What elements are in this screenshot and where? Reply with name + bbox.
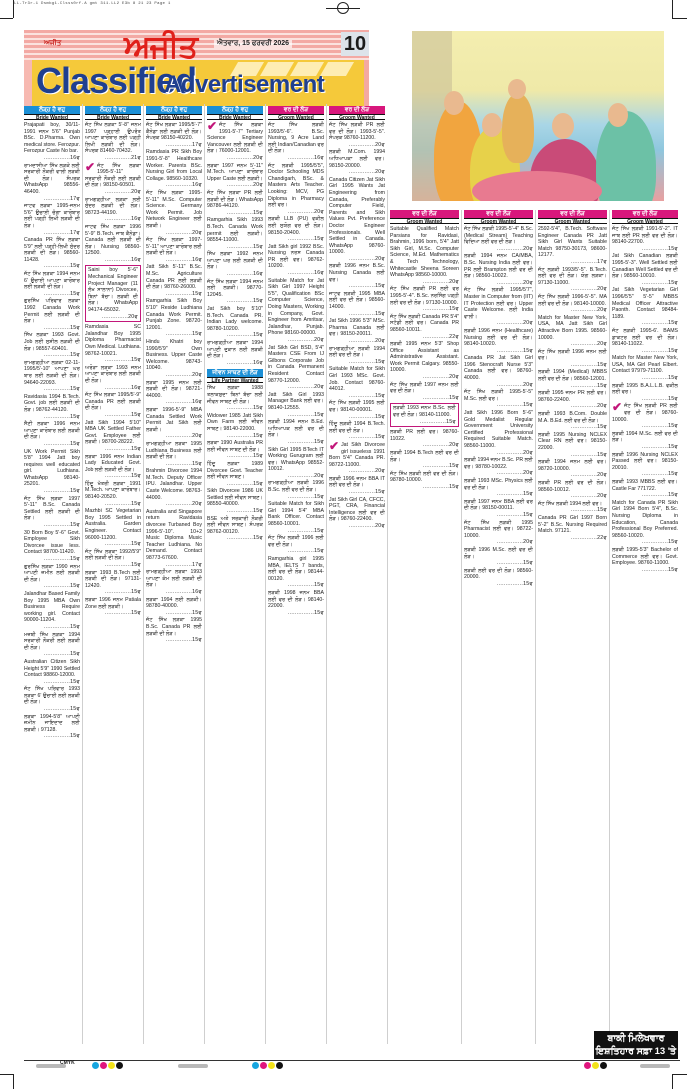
crop-mark xyxy=(672,1074,687,1075)
classified-ad: ਹਿੰਦੂ ਖੱਤਰੀ ਲੜਕਾ 1991 M.Tech. ਆਪਣਾ ਕਾਰੋਬ… xyxy=(85,481,141,507)
column-1-bride-wanted: ਲੋੜ੍ਹ ਹੈ ਵਹੁ Bride Wanted Prajapati boy,… xyxy=(24,106,80,1061)
classified-ad: ਲੜਕੀ 1997 ਜਨਮ BBA ਲਈ ਵਰ ਦੀ ਲੋੜ। 98150-00… xyxy=(464,499,533,519)
checkmark-icon: ✔ xyxy=(329,442,339,450)
classified-ad: 30 Born Boy 5'-6" Govt. Employee Sikh Di… xyxy=(24,530,80,563)
classified-ad: ਰਾਮਗੜ੍ਹੀਆ ਲੜਕਾ ਲਈ ਸੁੰਦਰ ਲੜਕੀ ਦੀ ਲੋੜ। 987… xyxy=(85,197,141,223)
classified-ad: ਲੜਕਾ 1995 ਜਨਮ ਲਈ ਲੜਕੀ ਦੀ ਲੋੜ। 98721-4400… xyxy=(146,380,202,406)
classified-ad: Ramgarhia Sikh Boy 5'10" Reside Ludhiana… xyxy=(146,298,202,338)
black-dot xyxy=(600,1062,607,1069)
classified-ad: ਜਾਟਵ ਲੜਕਾ 1995-ਜਨਮ 5'6" ਉਚਾਈ ਚੰਗਾ ਕਾਰੋਬਾ… xyxy=(24,203,80,236)
black-dot xyxy=(276,1062,283,1069)
section-header-english: Life Partner Wanted xyxy=(207,377,263,383)
classified-ad: ਜੱਟ ਸਿੱਖ ਲੜਕੀ 1994 ਲਈ ਵਰ।...............… xyxy=(538,501,607,514)
classified-ad: Jat Sikh Canadian ਲੜਕੀ 1995-5'-3". Well … xyxy=(612,253,678,286)
classified-ad: ਲੜਕੀ 1996 M.Sc. ਲਈ ਵਰ ਦੀ ਲੋੜ।...........… xyxy=(464,547,533,567)
classified-ad: ਲੜਕੀ 1993 B.Com. Double M.A. B.Ed. ਲਈ ਵਰ… xyxy=(538,411,607,431)
figure-head xyxy=(608,103,628,127)
magenta-dot xyxy=(584,1062,591,1069)
section-header-bride-wanted: ਲੋੜ੍ਹ ਹੈ ਵਹੁ Bride Wanted xyxy=(85,106,141,120)
classified-ad: Mazhbi SC Vegetarian Boy 1995 Settled in… xyxy=(85,508,141,548)
cmyk-dots xyxy=(252,1062,283,1069)
classified-ad: ਲੜਕਾ 1997 ਜਨਮ 5'-11" M.Tech. ਆਪਣਾ ਕਾਰੋਬਾ… xyxy=(207,163,263,189)
classified-ad: Match for Master New York, USA, MA Girl … xyxy=(612,355,678,381)
section-header-punjabi: ਵਰ ਦੀ ਲੋੜ xyxy=(538,210,607,218)
figure-child xyxy=(502,93,534,163)
section-header-groom-wanted: ਵਰ ਦੀ ਲੋੜ Groom Wanted xyxy=(612,210,678,224)
section-header-punjabi: ਵਰ ਦੀ ਲੋੜ xyxy=(390,210,459,218)
classified-ad: ਲੜਕੀ 1994 (Medical) MBBS ਲਈ ਵਰ ਦੀ ਲੋੜ। 9… xyxy=(538,369,607,389)
footer-rule xyxy=(24,1060,680,1061)
section-header-groom-wanted: ਵਰ ਦੀ ਲੋੜ Groom Wanted xyxy=(464,210,533,224)
classified-ad: ਜੱਟ ਸਿੱਖ ਲੜਕਾ PR ਲਈ ਲੜਕੀ ਦੀ ਲੋੜ। WhatsAp… xyxy=(207,190,263,216)
classified-ad: ਲੜਕੀ ਲਈ ਵਰ ਦੀ ਲੋੜ। 98560-20000..........… xyxy=(464,568,533,588)
section-header-punjabi: ਵਰ ਦੀ ਲੋੜ xyxy=(329,106,385,114)
classified-ad: ਲੜਕੀ 1994 B.Tech ਲਈ ਵਰ ਦੀ ਲੋੜ।..........… xyxy=(390,450,459,470)
section-header-punjabi: ਵਰ ਦੀ ਲੋੜ xyxy=(268,106,324,114)
cmyk-dots xyxy=(584,1062,607,1069)
classified-ad: Ramgarhia Sikh 1993 B.Tech. Canada Work … xyxy=(207,217,263,250)
section-header-punjabi: ਲੋੜ੍ਹ ਹੈ ਵਹੁ xyxy=(85,106,141,114)
section-header-punjabi: ਲੋੜ੍ਹ ਹੈ ਵਹੁ xyxy=(24,106,80,114)
classified-ad: BSE ਅਤੇ ਸਰਕਾਰੀ ਨੌਕਰੀ ਲਈ ਜੀਵਨ ਸਾਥਣ। ਸੰਪਰਕ… xyxy=(207,516,263,542)
yellow-dot xyxy=(108,1062,115,1069)
magenta-dot xyxy=(100,1062,107,1069)
cyan-dot xyxy=(92,1062,99,1069)
black-dot xyxy=(116,1062,123,1069)
classified-ad: Jatt Sikh 5'-11" B.Sc. M.Sc. Agriculture… xyxy=(146,264,202,297)
classified-ad: ਜਾਟਵ ਸਿੱਖ ਲੜਕਾ 1996 5'-9" B.Tech. ਜਾਬ ਕੈ… xyxy=(85,224,141,264)
classified-ad: Sikh Divorcee 1986 UK Settled ਲਈ ਜੀਵਨ ਸਾ… xyxy=(207,488,263,514)
classified-ad: ਜੱਟ ਸਿੱਖ ਲੜਕੀ 1995 ਲਈ ਵਰ। 98140-00001...… xyxy=(329,400,385,420)
section-header-english: Groom Wanted xyxy=(329,114,385,120)
gray-bar-mark xyxy=(178,1064,208,1068)
classified-ad: ਲੜਕੀ 1995 ਜਨਮ PR ਲਈ ਵਰ। 98760-22400.....… xyxy=(538,390,607,410)
column-divider xyxy=(609,210,610,1044)
crop-mark xyxy=(0,18,13,19)
classified-ad: ਸਿੱਖ ਲੜਕਾ 1988 ਤਲਾਕਸ਼ੁਦਾ ਬਿਨਾਂ ਬੱਚਾ ਲਈ ਜ… xyxy=(207,385,263,411)
classified-ad: Jalandhar Based Family Boy 1995 MBA Own … xyxy=(24,591,80,631)
classified-ad: ਗੁਰਸਿੱਖ ਪਰਿਵਾਰ ਲੜਕਾ 1992 Canada Work Per… xyxy=(24,298,80,331)
section-header-bride-wanted: ਲੋੜ੍ਹ ਹੈ ਵਹੁ Bride Wanted xyxy=(24,106,80,120)
crop-mark xyxy=(13,0,14,18)
classified-ad: Jat Sikh 1996 5'3" MSc. Pharma Canada ਲਈ… xyxy=(329,318,385,344)
section-header-english: Groom Wanted xyxy=(268,114,324,120)
classified-ad: ਜੱਟ ਸਿੱਖ ਲੜਕਾ 1992/5'9" ਲਈ ਲੜਕੀ ਦੀ ਲੋੜ।.… xyxy=(85,549,141,569)
classified-ad: Jat Sikh Girl BSD, 5'4" Masters CSE From… xyxy=(268,345,324,391)
classified-ad: ਰਾਮਗੜ੍ਹੀਆ ਲੜਕੀ 1996 B.Sc. ਲਈ ਵਰ ਦੀ ਲੋੜ।.… xyxy=(268,480,324,500)
classified-ad: ਜੱਟ ਸਿੱਖ ਲੜਕਾ 1994 ਜਨਮ 6' ਉਚਾਈ ਆਪਣਾ ਕਾਰੋ… xyxy=(24,271,80,297)
classified-ad: Canada Citizen Jat Sikh Girl 1995 Wants … xyxy=(329,177,385,263)
header-side-bar xyxy=(364,60,369,106)
classified-ad: ਜੱਟ ਸਿੱਖ ਲੜਕੀ 1996 ਜਨਮ ਲਈ ਵਰ।...........… xyxy=(538,349,607,369)
classified-ad: ਲੜਕੀ PR ਲਈ ਵਰ। 98760-11022..............… xyxy=(390,429,459,449)
classified-ad: ਲੜਕੀ 1993 MSc. Physics ਲਈ ਵਰ ਦੀ ਲੋੜ।....… xyxy=(464,478,533,498)
classified-ad: Jatt Sikh 1994 5'10" MBA UK Settled Fath… xyxy=(85,420,141,453)
classified-ad: ਮਜ਼ਬੀ ਸਿੱਖ ਲੜਕਾ 1994 ਸਰਕਾਰੀ ਨੌਕਰੀ ਲਈ ਲੜਕ… xyxy=(24,632,80,658)
classified-ad-boxed: Saini boy 5'-6" Mechanical Engineer Proj… xyxy=(85,265,141,322)
classified-ad: ਲੜਕੀ 1998 ਜਨਮ BBA ਲਈ ਵਰ ਦੀ ਲੋੜ। 98140-22… xyxy=(268,590,324,616)
classified-ad: ਲੜਕੀ 1996 Nursing NCLEX Passed ਲਈ ਵਰ। 98… xyxy=(612,452,678,478)
section-header-groom-wanted: ਵਰ ਦੀ ਲੋੜ Groom Wanted xyxy=(268,106,324,120)
classified-ad: ਜੱਟ ਲੜਕੀ 1993/5'-5". B.Tech. ਲਈ ਵਰ ਦੀ ਲੋ… xyxy=(538,267,607,293)
classified-ad: ਲੜਕੀ 1995 Nursing NCLEX Clear RN ਲਈ ਵਰ। … xyxy=(538,432,607,458)
classified-ad: ਲੜਕੀ 1994 M.Sc. ਲਈ ਵਰ ਦੀ ਲੋੜ।...........… xyxy=(612,431,678,451)
column-divider xyxy=(461,210,462,1044)
section-header-punjabi: ਲੋੜ੍ਹ ਹੈ ਵਹੁ xyxy=(146,106,202,114)
column-divider xyxy=(326,104,327,1044)
classified-ad: ਜੱਟ ਸਿੱਖ ਲੜਕਾ 1995/5'-9" Canada PR ਲਈ ਲੜ… xyxy=(85,392,141,418)
classified-ad: Ravidasia 1994 B.Tech. Govt. job ਲਈ ਲੜਕੀ… xyxy=(24,394,80,420)
classified-ad: ਲੜਕਾ 1996 ਜਨਮ Patiala Zone ਲਈ ਲੜਕੀ।.....… xyxy=(85,597,141,617)
section-header-punjabi: ਵਰ ਦੀ ਲੋੜ xyxy=(612,210,678,218)
classified-ad: Suitable Match for Jat Sikh Girl 1997 He… xyxy=(268,278,324,344)
classified-ad: ਜੱਟ ਸਿੱਖ ਲੜਕੀ 1996-5'-5". MA ਲਈ ਵਰ ਦੀ ਲੋ… xyxy=(538,294,607,314)
column-divider xyxy=(265,104,266,1044)
classified-ad: ਹਿੰਦੂ ਲੜਕਾ 1989 Divorcee Govt. Teacher ਲ… xyxy=(207,461,263,487)
classified-ad: ਜੱਟ ਸਿੱਖ ਲੜਕੀ 1991-5'-2". IT ਜਾਬ ਲਈ PR ਲ… xyxy=(612,226,678,252)
classified-ad: UK Work Permit Sikh 5'8" 1994 Jatt boy r… xyxy=(24,449,80,495)
classified-ad: Suitable Match for Sikh Girl 1993 MSc. G… xyxy=(329,366,385,399)
classified-ad: ਜੱਟ ਲੜਕੀ 1995/5'5", Doctor Schooling MDS… xyxy=(268,163,324,216)
section-header-punjabi: ਜੀਵਨ ਸਾਥਣ ਦੀ ਲੋੜ xyxy=(207,369,263,377)
classified-ad: ਜੱਟ ਸਿੱਖ ਲੜਕੀ 1996 ਲਈ ਵਰ ਦੀ ਲੋੜ।........… xyxy=(268,535,324,555)
classified-ad-boxed: ਲੜਕੀ 1993 ਜਨਮ B.Sc. ਲਈ ਵਰ ਦੀ ਲੋੜ। 98140-… xyxy=(390,403,459,427)
classified-ad: ਸੈਣੀ ਲੜਕਾ 1996 ਜਨਮ ਆਪਣਾ ਕਾਰੋਬਾਰ ਲਈ ਲੜਕੀ … xyxy=(24,421,80,447)
classified-ad: ਜੱਟ ਸਿੱਖ ਲੜਕਾ 1997-5'-11" ਆਪਣਾ ਕਾਰੋਬਾਰ ਲ… xyxy=(146,237,202,263)
classified-ad: ਰਾਮਗੜ੍ਹੀਆ ਲੜਕਾ 1995 Ludhiana Business ਲਈ… xyxy=(146,441,202,467)
classified-ad: ਲੜਕਾ 1994 ਲਈ ਲੜਕੀ। 98780-40000..........… xyxy=(146,597,202,617)
column-divider xyxy=(143,104,144,1044)
classified-ad: ਜੱਟ ਸਿੱਖ ਲੜਕਾ 1995-5'-11" M.Sc. Computer… xyxy=(146,190,202,236)
section-header-punjabi: ਵਰ ਦੀ ਲੋੜ xyxy=(464,210,533,218)
classified-ad: ਲੜਕਾ 1996-5'-9" MBA Canada Settled Work … xyxy=(146,407,202,440)
column-10-groom-wanted: ਵਰ ਦੀ ਲੋੜ Groom Wanted ਜੱਟ ਸਿੱਖ ਲੜਕੀ 199… xyxy=(612,210,678,1028)
classified-ad: ਜੱਟ ਸਿੱਖ ਲੜਕਾ 1995 B.Sc. Canada PR ਲਈ ਲੜ… xyxy=(146,617,202,643)
classified-ad: ਰਾਮਗੜ੍ਹੀਆ ਲੜਕਾ 1994 ਆਪਣੀ ਦੁਕਾਨ ਲਈ ਲੜਕੀ ਦ… xyxy=(207,340,263,366)
cmyk-dots xyxy=(92,1062,123,1069)
classified-ad: ਸਿੱਖ ਲੜਕਾ 1993 Govt. Job ਲਈ ਸੁਸ਼ੀਲ ਲੜਕੀ … xyxy=(24,332,80,358)
classified-ad: ਲੜਕੀ 1995 ਜਨਮ 5'3" Shop Office Assistant… xyxy=(390,341,459,381)
section-header-life-partner-wanted: ਜੀਵਨ ਸਾਥਣ ਦੀ ਲੋੜ Life Partner Wanted xyxy=(207,369,263,383)
figure-head xyxy=(444,91,464,115)
column-7-groom-wanted: ਵਰ ਦੀ ਲੋੜ Groom Wanted Suitable Qualifie… xyxy=(390,210,459,1060)
section-header-english: Groom Wanted xyxy=(538,218,607,224)
section-header-english: Bride Wanted xyxy=(85,114,141,120)
classified-ad: ✔Jat Sikh Divorcee girl issueless 1991 B… xyxy=(329,442,385,475)
cmyk-label: CMYK xyxy=(60,1060,75,1066)
classified-ad: ਲੜਕਾ 1996 ਜਨਮ Indian Lady Educated Govt.… xyxy=(85,454,141,480)
classified-ad: ਸਿੱਖ ਲੜਕਾ 1992 ਜਨਮ ਆਪਣਾ ਘਰ ਲਈ ਲੜਕੀ ਦੀ ਲੋ… xyxy=(207,251,263,277)
classified-ad: ਲੜਕਾ 1994-5'8" ਆਪਣੀ ਜ਼ਮੀਨ ਜਾਇਦਾਦ ਲਈ ਲੜਕੀ… xyxy=(24,714,80,740)
section-header-bride-wanted: ਲੋੜ੍ਹ ਹੈ ਵਹੁ Bride Wanted xyxy=(207,106,263,120)
classified-ad: ਲੜਕੀ M.Com. 1994 ਅਧਿਆਪਕਾ ਲਈ ਵਰ। 98150-20… xyxy=(329,149,385,175)
classified-ad: ਜੱਟ ਸਿੱਖ ਲੜਕਾ 1997 5'-11" B.Sc. Canada S… xyxy=(24,496,80,529)
checkmark-icon: ✔ xyxy=(612,403,622,411)
column-8-groom-wanted: ਵਰ ਦੀ ਲੋੜ Groom Wanted ਜੱਟ ਸਿੱਖ ਲੜਕੀ 199… xyxy=(464,210,533,1060)
classified-ad: ਲੜਕਾ 1990 Australia PR ਲਈ ਜੀਵਨ ਸਾਥਣ ਦੀ ਲ… xyxy=(207,440,263,460)
classified-ad: ਜੱਟ ਸਿੱਖ ਲੜਕੀ ਲਈ ਵਰ ਦੀ ਲੋੜ। 98780-10000.… xyxy=(390,471,459,491)
classified-ad: Suitable Qualified Match Parsians for Ra… xyxy=(390,226,459,285)
classified-ad: ਲੜਕੀ 1994 ਜਨਮ B.Ed. ਅਧਿਆਪਕ ਲਈ ਵਰ ਦੀ ਲੋੜ।… xyxy=(268,419,324,445)
classified-ad: ✔ਜੱਟ ਸਿੱਖ ਲੜਕੀ PR ਲਈ ਵਰ ਦੀ ਲੋੜ। 98760-10… xyxy=(612,403,678,429)
classified-ad: Canada PR Jat Sikh Girl 1996 Stenocraft … xyxy=(464,355,533,388)
classified-ad: ਲੜਕੀ 1994 ਜਨਮ B.Sc. PR ਲਈ ਵਰ। 98780-1002… xyxy=(464,457,533,477)
classified-ad: ਜੱਟ ਸਿੱਖ ਲੜਕੀ 1995-5'-5" M.Sc. ਲਈ ਵਰ।...… xyxy=(464,389,533,409)
classified-ad: Prajapati boy, 30/11-1991 ਜਨਮ 5'6" Punja… xyxy=(24,122,80,162)
classified-ad: Jatt Sikh Girl 1993 Manager Bank ਲਈ ਵਰ। … xyxy=(268,392,324,418)
figure-head xyxy=(508,79,526,99)
column-5-groom-wanted: ਵਰ ਦੀ ਲੋੜ Groom Wanted ਜੱਟ ਸਿੱਖ ਲੜਕੀ 199… xyxy=(268,106,324,1061)
classified-ad: ਲੜਕੀ PR ਲਈ ਵਰ ਦੀ ਲੋੜ। 98560-10012.......… xyxy=(538,480,607,500)
classified-ad: Match for Master New York, USA, MA Jatt … xyxy=(538,315,607,348)
classified-ad: ਰਾਮਗੜ੍ਹੀਆ ਲੜਕਾ 1993 ਆਪਣਾ ਕੰਮ ਲਈ ਲੜਕੀ ਦੀ … xyxy=(146,569,202,595)
column-divider xyxy=(82,104,83,1044)
crop-mark xyxy=(672,0,673,18)
figure-head xyxy=(482,113,502,137)
classified-ad: ਜੱਟ ਸਿੱਖ ਲੜਕੀ 1993/5'-6". B.Sc. Nursing,… xyxy=(268,122,324,162)
classified-ad: Ramdasia SC Jalandhar Boy 1995 Diploma P… xyxy=(85,324,141,364)
classified-ad: ਲੜਕੀ 1994 ਜਨਮ CA/MBA, B.Sc. Nursing Indi… xyxy=(464,253,533,286)
classified-ad: Jatt Sikh girl 1992 BSc. Nursing ਨਰਸ Can… xyxy=(268,244,324,277)
classified-ad: ਜੱਟ ਸਿੱਖ ਲੜਕੀ 1995 Pharmacist ਲਈ ਵਰ। 987… xyxy=(464,520,533,546)
continued-on-page-13-box: ਬਾਕੀ ਮਿਲੇਖਵਾਰ ਇਸ਼ਤਿਹਾਰ ਸਫ਼ਾ 13 'ਤੇ xyxy=(594,1031,678,1059)
classified-ad: ਜੱਟ ਸਿੱਖ ਲੜਕਾ 1995/5'-7" ਕੈਨੇਡਾ ਲਈ ਲੜਕੀ … xyxy=(146,122,202,148)
promo-line-2: ਇਸ਼ਤਿਹਾਰ ਸਫ਼ਾ 13 'ਤੇ xyxy=(594,1045,678,1058)
classified-ad: ਲੜਕੀ 1993 MBBS ਲਈ ਵਰ। Castle Far 771722.… xyxy=(612,479,678,499)
page-number: 10 xyxy=(341,32,369,56)
paper-name-small: ਅਜੀਤ xyxy=(44,40,61,48)
page-header-banner: ਅਜੀਤ ਅਜੀਤ ਐਤਵਾਰ, 15 ਫਰਵਰੀ 2026 10 Classi… xyxy=(24,30,369,106)
printer-slug-line: LL-Tr3r-1 Dsmbg1-Clsss0rf.A gmt 311.LL2 … xyxy=(14,2,171,6)
classified-ad: ਲੜਕੀ 1996 ਜਨਮ B.Sc. Nursing Canada ਲਈ ਵਰ… xyxy=(329,263,385,289)
classified-ad: ਅਰੋੜਾ ਲੜਕਾ 1993 ਜਨਮ ਆਪਣਾ ਕਾਰੋਬਾਰ ਲਈ ਲੜਕੀ… xyxy=(85,365,141,391)
registration-mark-icon xyxy=(337,2,349,14)
column-divider xyxy=(204,104,205,1044)
classified-ad: Ramdasia PR Sikh Boy 1991-5'-8" Healthca… xyxy=(146,149,202,189)
section-header-bride-wanted: ਲੋੜ੍ਹ ਹੈ ਵਹੁ Bride Wanted xyxy=(146,106,202,120)
classified-ad: Australian Citizen Sikh Height 5'9" 1990… xyxy=(24,659,80,685)
classified-ad: Australia and Singapore return Ravidasia… xyxy=(146,509,202,568)
classified-ad: ਲੜਕੀ 1995-5'3" Bachelor of Commerce ਲਈ ਵ… xyxy=(612,547,678,573)
yellow-dot xyxy=(268,1062,275,1069)
classified-ad: ਲੜਕੀ 1994 ਜਨਮ ਲਈ ਵਰ। 98720-10000........… xyxy=(538,459,607,479)
figure-woman-green xyxy=(596,111,656,201)
section-header-english: Bride Wanted xyxy=(146,114,202,120)
classified-ad: ਜੱਟ ਸਿੱਖ ਲੜਕਾ 5'-8" ਜਨਮ 1997 ਪੜ੍ਹਾਈ ਉਪਰੰ… xyxy=(85,122,141,162)
classified-ad: Canada PR Girl 1997 Born 5'-2" B.Sc. Nur… xyxy=(538,515,607,541)
classified-ad: ਜੱਟ ਸਿੱਖ ਲੜਕਾ 1994 ਜਨਮ ਲਈ ਲੜਕੀ। 98770-12… xyxy=(207,279,263,305)
section-header-english: Groom Wanted xyxy=(390,218,459,224)
classified-ad: ✔ਜੱਟ ਸਿੱਖ ਲੜਕਾ 1991-5'-7" Tertiary Scien… xyxy=(207,122,263,162)
classified-ad: Jatt Sikh 1996 Born 5'-6" Gold Medalist … xyxy=(464,410,533,456)
classified-ad: ਜਾਟਵ ਲੜਕੀ 1995 MBA ਲਈ ਵਰ ਦੀ ਲੋੜ। 98560-1… xyxy=(329,291,385,317)
classified-ad: ਜੱਟ ਸਿੱਖ ਲੜਕੀ 1995/5'7", Master in Compu… xyxy=(464,287,533,327)
classified-ad: ਜੱਟ ਸਿੱਖ ਲੜਕੀ Canada PR 5'4" ਸਟੱਡੀ ਲਈ ਵਰ… xyxy=(390,314,459,340)
classified-ad: ਲੜਕੀ LLB (PU) ਵਕੀਲ ਲਈ ਸੁਯੋਗ ਵਰ ਦੀ ਲੋੜ। 9… xyxy=(268,216,324,242)
classified-ad: ਲੜਕੀ 1996 ਜਨਮ (Healthcare) Nursing ਲਈ ਵਰ… xyxy=(464,328,533,354)
classified-ad: Jat Sikh boy 5'10" B.Tech. Canada PR. In… xyxy=(207,306,263,339)
classified-ad: ਜੱਟ ਲੜਕੀ 1995-6'. BAMS ਡਾਕਟਰ ਲਈ ਵਰ ਦੀ ਲੋ… xyxy=(612,328,678,354)
crop-mark xyxy=(672,1074,673,1089)
dateline: ਐਤਵਾਰ, 15 ਫਰਵਰੀ 2026 xyxy=(214,40,292,48)
classified-ad: ਜੱਟ ਸਿੱਖ ਲੜਕੀ PR ਲਈ ਵਰ ਦੀ ਲੋੜ। 1993-5'-5… xyxy=(329,122,385,148)
crop-mark xyxy=(0,1074,13,1075)
magenta-dot xyxy=(260,1062,267,1069)
cyan-dot xyxy=(252,1062,259,1069)
classified-ad: Sikh Girl 1995 BTech IT Working Gurugram… xyxy=(268,447,324,480)
column-2-bride-wanted: ਲੋੜ੍ਹ ਹੈ ਵਹੁ Bride Wanted ਜੱਟ ਸਿੱਖ ਲੜਕਾ … xyxy=(85,106,141,1061)
section-header-punjabi: ਲੋੜ੍ਹ ਹੈ ਵਹੁ xyxy=(207,106,263,114)
column-9-groom-wanted: ਵਰ ਦੀ ਲੋੜ Groom Wanted 2592-5'4", B.Tech… xyxy=(538,210,607,1060)
checkmark-icon: ✔ xyxy=(207,122,217,130)
classified-ad: ✔ਜੱਟ ਸਿੱਖ ਲੜਕਾ 1995-5'-11" ਸਰਕਾਰੀ ਨੌਕਰੀ … xyxy=(85,163,141,196)
section-header-english: Groom Wanted xyxy=(464,218,533,224)
section-header-groom-wanted: ਵਰ ਦੀ ਲੋੜ Groom Wanted xyxy=(538,210,607,224)
crop-mark xyxy=(672,18,687,19)
classified-ad: Widower 1985 Jatt Sikh Own Farm ਲਈ ਜੀਵਨ … xyxy=(207,413,263,439)
illustration-women-gathering xyxy=(412,31,664,201)
section-header-english: Bride Wanted xyxy=(24,114,80,120)
classified-ad: Suitable Match for Sikh Girl 1994 5'4" M… xyxy=(268,501,324,534)
classified-ad: ਰਾਮਗੜ੍ਹੀਆ ਲੜਕੀ 1994 ਲਈ ਵਰ ਦੀ ਲੋੜ।.......… xyxy=(329,346,385,366)
classified-ad: ਰਾਮਗੜ੍ਹੀਆ ਲੜਕਾ 02-11-1995/5'-10" ਆਪਣਾ ਘਰ… xyxy=(24,360,80,393)
classified-ad: Hindu Khatri boy 1990/5'9" Own Business.… xyxy=(146,339,202,379)
classified-ad: ਹਿੰਦੂ ਲੜਕੀ 1994 B.Tech. ਲਈ ਵਰ ਦੀ ਲੋੜ।...… xyxy=(329,421,385,441)
classified-ad: ਜੱਟ ਸਿੱਖ ਪਰਿਵਾਰ 1993 ਲੜਕਾ 6' ਉਚਾਈ ਲਈ ਲੜਕ… xyxy=(24,686,80,712)
figure-head xyxy=(552,113,574,139)
column-3-bride-wanted: ਲੋੜ੍ਹ ਹੈ ਵਹੁ Bride Wanted ਜੱਟ ਸਿੱਖ ਲੜਕਾ … xyxy=(146,106,202,1061)
checkmark-icon: ✔ xyxy=(85,163,95,171)
column-divider xyxy=(387,190,388,1044)
classified-ad: ਜੱਟ ਸਿੱਖ ਲੜਕੀ 1995-5'-4" B.Sc. (Medical … xyxy=(464,226,533,252)
classified-ad: Jat Sikh Vegetarian Girl 1996/5'5" 5'-5"… xyxy=(612,287,678,327)
section-header-english: Groom Wanted xyxy=(612,218,678,224)
section-header-groom-wanted: ਵਰ ਦੀ ਲੋੜ Groom Wanted xyxy=(390,210,459,224)
classified-ad: ਗੁਰਸਿੱਖ ਲੜਕਾ 1990 ਜਨਮ ਆਪਣੀ ਜ਼ਮੀਨ ਲਈ ਲੜਕੀ… xyxy=(24,564,80,590)
section-header-groom-wanted: ਵਰ ਦੀ ਲੋੜ Groom Wanted xyxy=(329,106,385,120)
classified-ad: ਰਾਮਦਾਸੀਆ ਸਿੱਖ ਲੜਕੇ ਲਈ ਸਰਕਾਰੀ ਨੌਕਰੀ ਵਾਲੀ … xyxy=(24,163,80,203)
column-4-bride-wanted: ਲੋੜ੍ਹ ਹੈ ਵਹੁ Bride Wanted ✔ਜੱਟ ਸਿੱਖ ਲੜਕਾ… xyxy=(207,106,263,1061)
crop-mark xyxy=(13,1074,14,1089)
classified-ad: ਜੱਟ ਸਿੱਖ ਲੜਕੀ 1997 ਜਨਮ ਲਈ ਵਰ ਦੀ ਲੋੜ।....… xyxy=(390,382,459,402)
yellow-dot xyxy=(592,1062,599,1069)
classified-ad: Canada PR ਸਿੱਖ ਲੜਕਾ 5'9" ਲਈ ਪੜ੍ਹੀ-ਲਿਖੀ ਸ… xyxy=(24,237,80,270)
classified-ad: Ramgarhia girl 1995 MBA, IELTS 7 bands, … xyxy=(268,556,324,589)
column-divider xyxy=(535,210,536,1044)
classified-ad: ਲੜਕਾ 1993 B.Tech ਲਈ ਲੜਕੀ ਦੀ ਲੋੜ। 97131-1… xyxy=(85,570,141,596)
title-advertisement: Advertisement xyxy=(164,70,324,100)
column-6-groom-wanted: ਵਰ ਦੀ ਲੋੜ Groom Wanted ਜੱਟ ਸਿੱਖ ਲੜਕੀ PR … xyxy=(329,106,385,1061)
classified-ad: ਲੜਕੀ 1996 ਜਨਮ BBA IT ਲਈ ਵਰ ਦੀ ਲੋੜ।......… xyxy=(329,476,385,496)
classified-ad: 2592-5'4", B.Tech. Software Engineer Can… xyxy=(538,226,607,266)
classified-ad: Match for Canada PR Sikh Girl 1994 Born … xyxy=(612,500,678,546)
classified-ad: ਜੱਟ ਸਿੱਖ ਲੜਕੀ PR ਲਈ ਵਰ 1995-5'-4". B.Sc.… xyxy=(390,286,459,312)
classified-ad: Brahmin Divorcee 1994 M.Tech. Deputy Off… xyxy=(146,468,202,508)
gray-bar-mark xyxy=(640,1064,670,1068)
classified-ad: Jat Sikh Girl CA, CFCC, PGT, CRA, Financ… xyxy=(329,497,385,530)
promo-line-1: ਬਾਕੀ ਮਿਲੇਖਵਾਰ xyxy=(594,1032,678,1045)
